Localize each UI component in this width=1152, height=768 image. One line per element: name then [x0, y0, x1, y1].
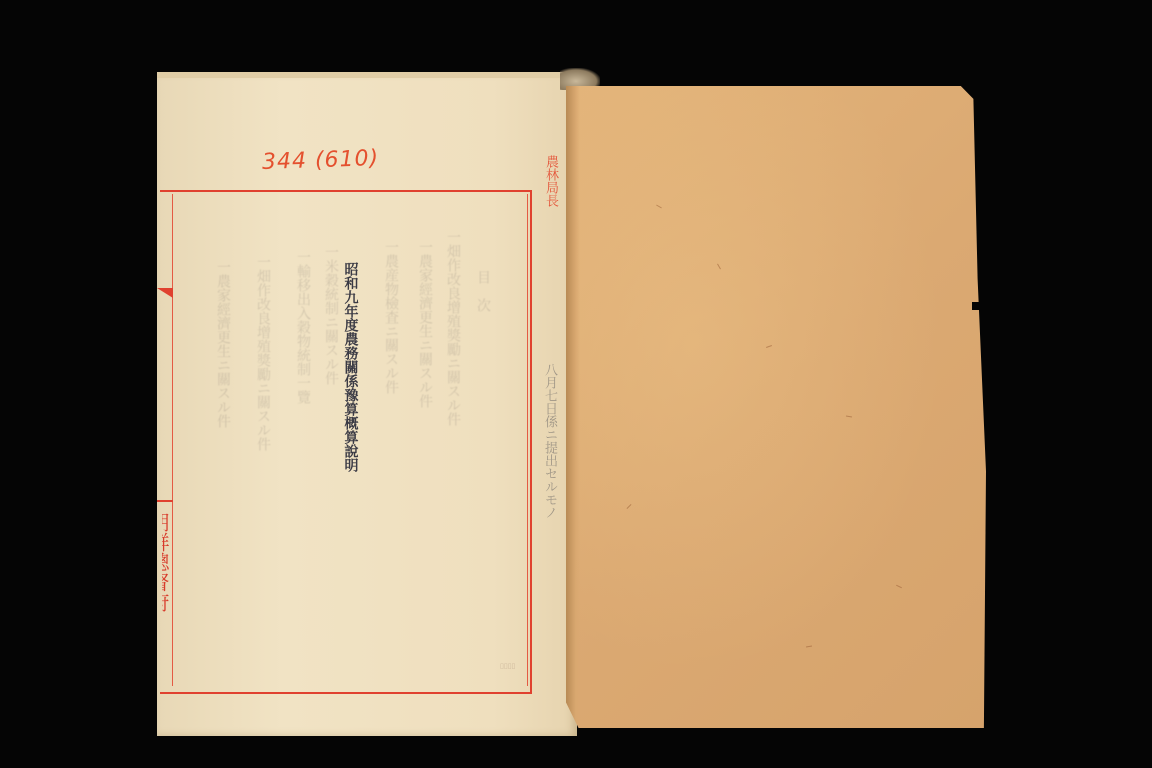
show-through-text: 一輸移出入穀物統制一覽 — [290, 250, 316, 404]
show-through-text: 一畑作改良增殖獎勵ニ關スル件 — [440, 230, 466, 426]
cover-fold — [566, 86, 580, 728]
show-through-text: 目 次 — [470, 270, 496, 312]
paper-fiber — [627, 504, 632, 509]
show-through-text: 一農家經濟更生ニ關スル件 — [210, 260, 236, 428]
show-through-text: 一畑作改良增殖獎勵ニ關スル件 — [250, 255, 276, 451]
page-top-edge — [157, 72, 577, 78]
paper-fiber — [717, 264, 721, 270]
office-stamp: 農林局長 — [543, 155, 558, 207]
paper-fiber — [896, 585, 902, 588]
catalog-number: 344 (610) — [262, 146, 380, 175]
printer-mark: ▯▯▯▯ — [500, 662, 515, 670]
paper-fiber — [846, 415, 852, 417]
paper-fiber — [806, 645, 812, 647]
red-fish-tail-mark — [157, 288, 173, 298]
paper-fiber — [766, 345, 772, 348]
show-through-text: 一農家經濟更生ニ關スル件 — [412, 240, 438, 408]
right-cover-page — [566, 86, 986, 728]
pencil-annotation: 八月七日係ニ提出セルモノ — [540, 363, 559, 519]
show-through-text: 一農産物檢査ニ關スル件 — [378, 240, 404, 394]
red-divider — [157, 500, 173, 502]
document-title: 昭和九年度農務關係豫算概算說明 — [341, 262, 359, 472]
cover-notch — [972, 302, 984, 310]
paper-fiber — [656, 205, 662, 209]
